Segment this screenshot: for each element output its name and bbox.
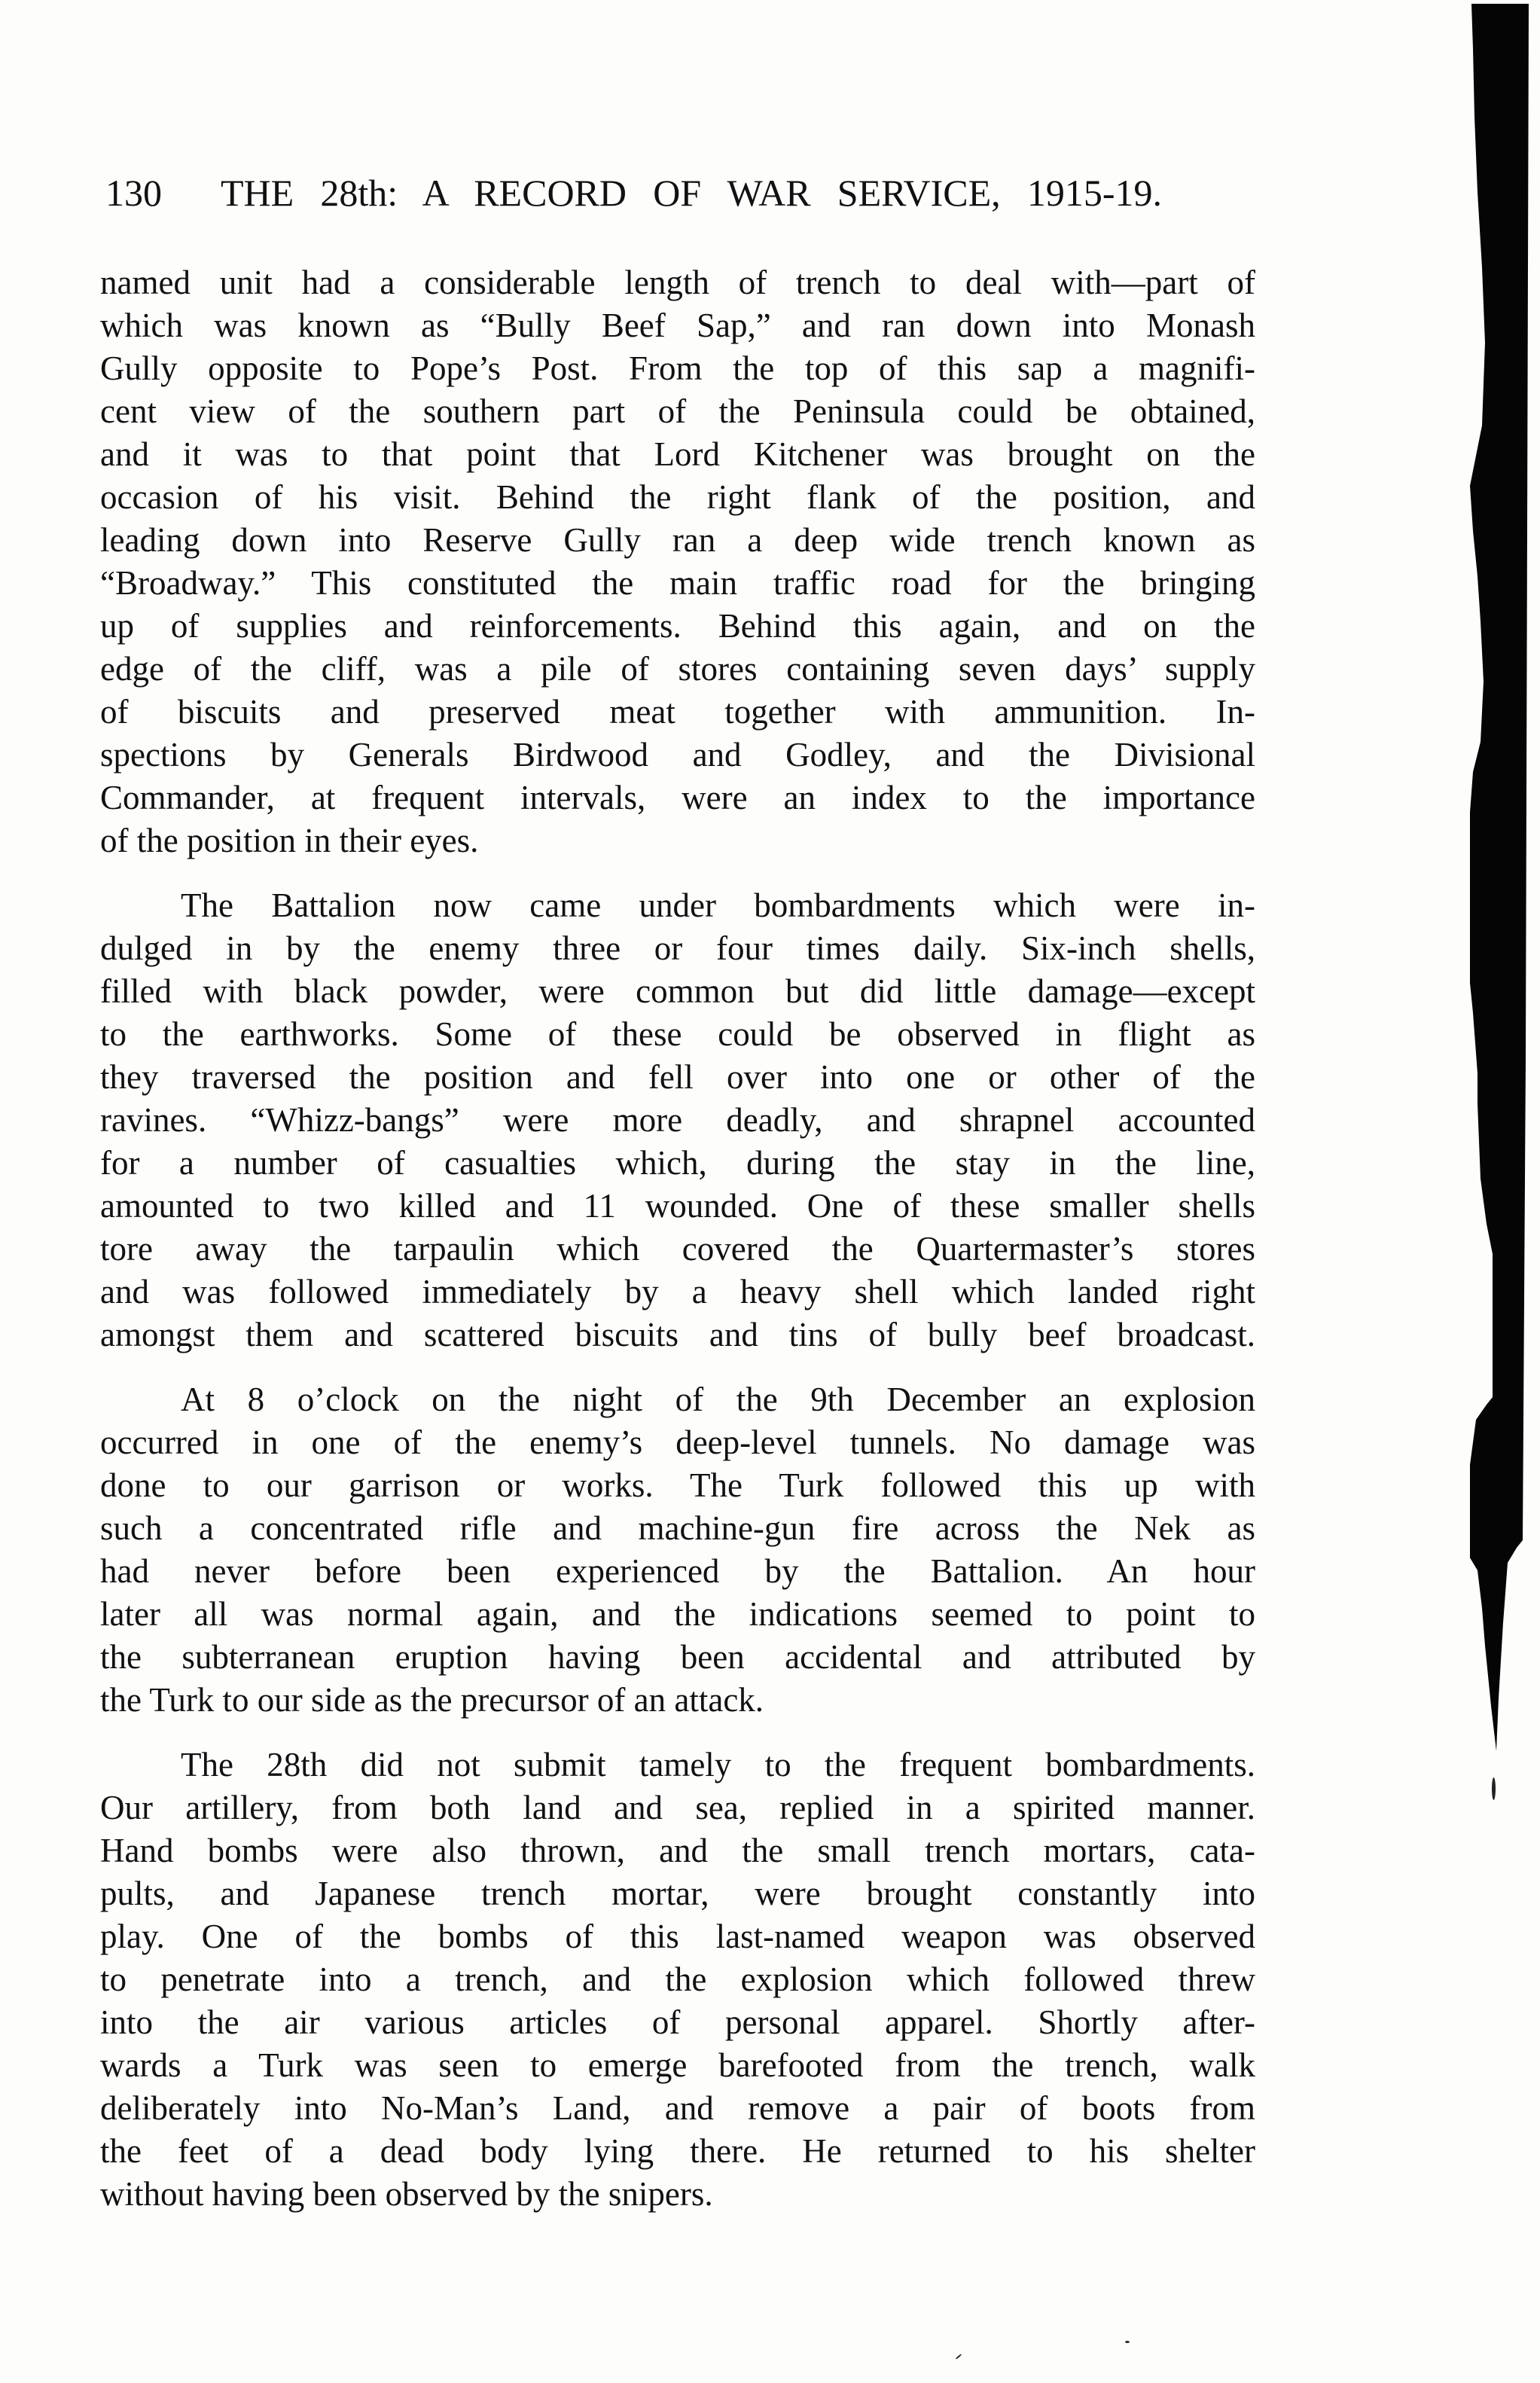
text-line: spections by Generals Birdwood and Godle…: [100, 734, 1255, 777]
text-line: without having been observed by the snip…: [100, 2173, 1255, 2216]
text-line: deliberately into No-Man’s Land, and rem…: [100, 2087, 1255, 2130]
scanned-page: 130 THE 28th: A RECORD OF WAR SERVICE, 1…: [0, 0, 1540, 2383]
text-line: tore away the tarpaulin which covered th…: [100, 1228, 1255, 1271]
text-line: into the air various articles of persona…: [100, 2001, 1255, 2044]
text-line: of the position in their eyes.: [100, 819, 1255, 862]
text-line: dulged in by the enemy three or four tim…: [100, 927, 1255, 970]
text-line: the subterranean eruption having been ac…: [100, 1636, 1255, 1679]
text-line: cent view of the southern part of the Pe…: [100, 390, 1255, 433]
body-text: named unit had a considerable length of …: [100, 261, 1255, 2216]
text-line: up of supplies and reinforcements. Behin…: [100, 605, 1255, 648]
text-line: for a number of casualties which, during…: [100, 1142, 1255, 1185]
text-line: Our artillery, from both land and sea, r…: [100, 1786, 1255, 1829]
text-line: Commander, at frequent intervals, were a…: [100, 777, 1255, 819]
text-line: and it was to that point that Lord Kitch…: [100, 433, 1255, 476]
text-line: had never before been experienced by the…: [100, 1550, 1255, 1593]
paragraph: named unit had a considerable length of …: [100, 261, 1255, 862]
running-head: 130 THE 28th: A RECORD OF WAR SERVICE, 1…: [0, 170, 1540, 215]
text-line: “Broadway.” This constituted the main tr…: [100, 562, 1255, 605]
scan-edge-shadow: [1470, 4, 1529, 1751]
paragraph: At 8 o’clock on the night of the 9th Dec…: [100, 1378, 1255, 1722]
text-line: named unit had a considerable length of …: [100, 261, 1255, 304]
text-line: amounted to two killed and 11 wounded. O…: [100, 1185, 1255, 1228]
text-line: pults, and Japanese trench mortar, were …: [100, 1872, 1255, 1915]
text-line: leading down into Reserve Gully ran a de…: [100, 519, 1255, 562]
text-line: wards a Turk was seen to emerge barefoot…: [100, 2044, 1255, 2087]
text-line: filled with black powder, were common bu…: [100, 970, 1255, 1013]
text-line: ravines. “Whizz-bangs” were more deadly,…: [100, 1099, 1255, 1142]
text-line: to penetrate into a trench, and the expl…: [100, 1958, 1255, 2001]
text-line: At 8 o’clock on the night of the 9th Dec…: [100, 1378, 1255, 1421]
text-line: Hand bombs were also thrown, and the sma…: [100, 1829, 1255, 1872]
text-line: of biscuits and preserved meat together …: [100, 691, 1255, 734]
scan-speck: [1125, 2341, 1130, 2343]
text-line: occasion of his visit. Behind the right …: [100, 476, 1255, 519]
paragraph: The Battalion now came under bombardment…: [100, 884, 1255, 1356]
text-line: The 28th did not submit tamely to the fr…: [100, 1744, 1255, 1786]
text-line: they traversed the position and fell ove…: [100, 1056, 1255, 1099]
text-line: which was known as “Bully Beef Sap,” and…: [100, 304, 1255, 347]
text-line: such a concentrated rifle and machine-gu…: [100, 1507, 1255, 1550]
text-line: Gully opposite to Pope’s Post. From the …: [100, 347, 1255, 390]
paragraph: The 28th did not submit tamely to the fr…: [100, 1744, 1255, 2216]
scan-speck: [1492, 1777, 1496, 1800]
text-line: the feet of a dead body lying there. He …: [100, 2130, 1255, 2173]
text-line: edge of the cliff, was a pile of stores …: [100, 648, 1255, 691]
running-title: THE 28th: A RECORD OF WAR SERVICE, 1915-…: [221, 170, 1162, 215]
text-line: and was followed immediately by a heavy …: [100, 1271, 1255, 1314]
text-line: amongst them and scattered biscuits and …: [100, 1314, 1255, 1356]
text-line: done to our garrison or works. The Turk …: [100, 1464, 1255, 1507]
text-line: play. One of the bombs of this last-name…: [100, 1915, 1255, 1958]
text-line: later all was normal again, and the indi…: [100, 1593, 1255, 1636]
page-number: 130: [105, 170, 162, 215]
scan-speck: [956, 2354, 962, 2360]
text-line: the Turk to our side as the precursor of…: [100, 1679, 1255, 1722]
text-line: occurred in one of the enemy’s deep-leve…: [100, 1421, 1255, 1464]
text-line: The Battalion now came under bombardment…: [100, 884, 1255, 927]
text-line: to the earthworks. Some of these could b…: [100, 1013, 1255, 1056]
